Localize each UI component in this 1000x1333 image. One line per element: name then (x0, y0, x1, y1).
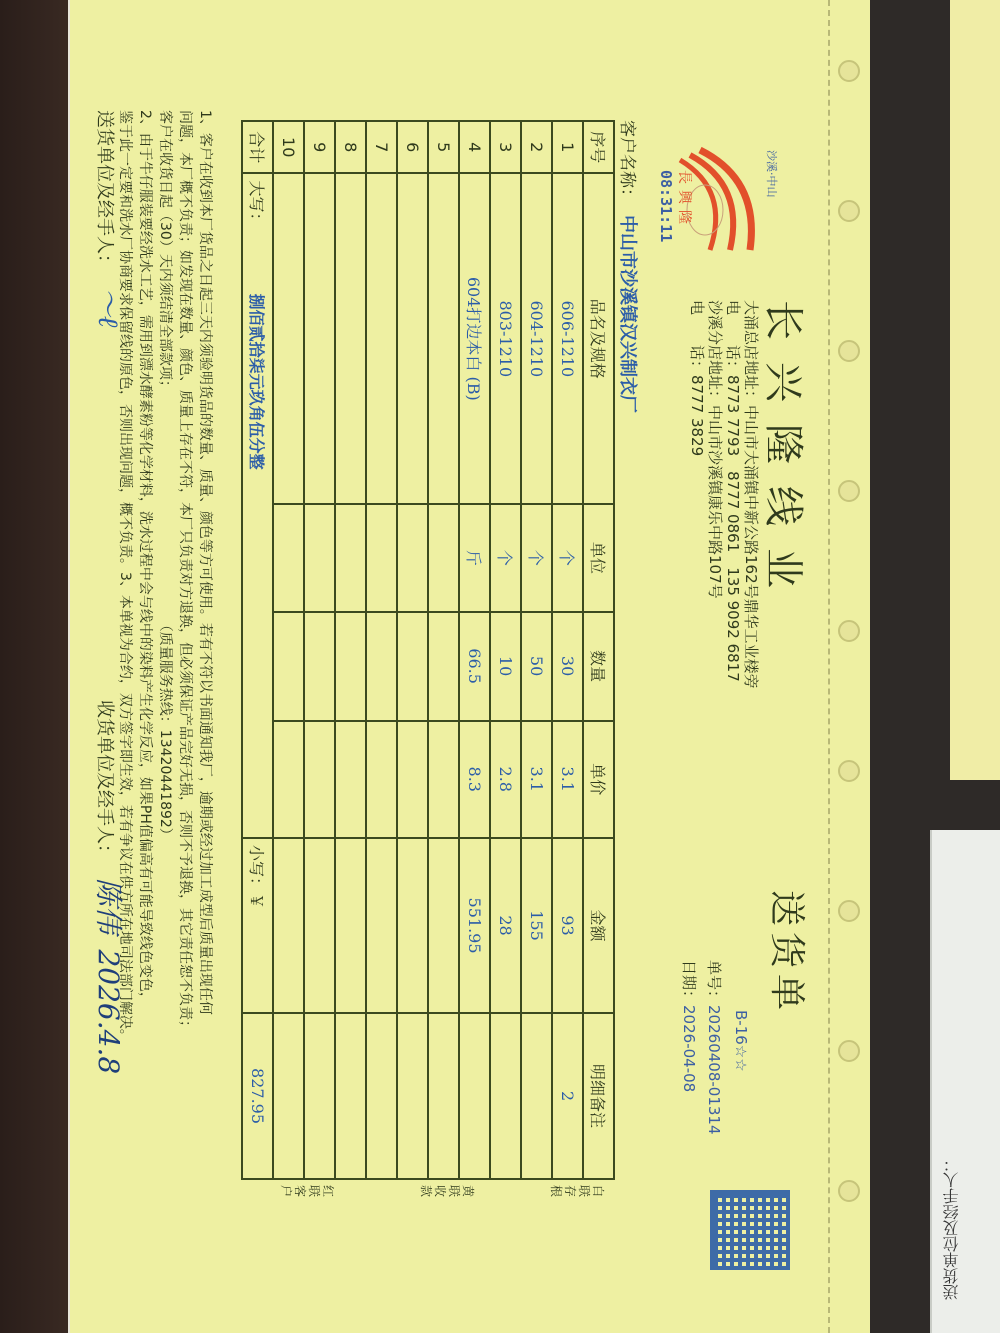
sender-signature: ～ℓ (92, 288, 125, 328)
header-name: 品名及规格 (583, 173, 614, 504)
row-price: 2.8 (490, 721, 521, 838)
company-title: 长兴隆线业 (758, 300, 815, 610)
row-amount: 28 (490, 838, 521, 1013)
row-no: 8 (335, 121, 366, 173)
table-row: 2 604-1210 个 50 3.1 155 (521, 121, 552, 1179)
total-upper-label: 大写： (247, 180, 266, 228)
header-price: 单价 (583, 721, 614, 838)
row-no: 7 (366, 121, 397, 173)
header-no: 序号 (583, 121, 614, 173)
feed-hole (838, 340, 860, 362)
row-qty: 50 (521, 612, 552, 721)
total-lower-label: 小写：￥ (247, 845, 266, 909)
stack-sender-label: 送货单位及经手人： (940, 880, 980, 1300)
copy-yellow: 黄联收款 (419, 1185, 475, 1199)
customer-field: 客户名称：中山市沙溪镇汉兴制衣厂 (616, 120, 642, 413)
table-row: 5 (428, 121, 459, 1179)
total-upper: 捌佰贰拾柒元玖角伍分整 (247, 294, 266, 470)
sender-label: 送货单位及经手人： (94, 110, 115, 272)
copy-white: 白联存根 (549, 1185, 605, 1199)
row-note (490, 1013, 521, 1179)
row-name: 803-1210 (490, 173, 521, 504)
sender-signature-field: 送货单位及经手人： ～ℓ (90, 110, 130, 327)
row-no: 5 (428, 121, 459, 173)
row-note (521, 1013, 552, 1179)
feed-hole (838, 1180, 860, 1202)
qr-code-icon (710, 1190, 790, 1270)
receiver-signature: 陈伟 (92, 878, 125, 934)
terms-line: 1、客户在收到本厂货品之日起三天内须验明货品的数量、质量、颜色等方可使用。若有不… (195, 110, 215, 1260)
row-qty: 66.5 (459, 612, 490, 721)
feed-hole (838, 760, 860, 782)
feed-hole (838, 900, 860, 922)
feed-hole (838, 1040, 860, 1062)
table-row: 9 (304, 121, 335, 1179)
total-label: 合计 (242, 121, 273, 173)
row-name: 604-1210 (521, 173, 552, 504)
customer-name: 中山市沙溪镇汉兴制衣厂 (617, 215, 638, 413)
order-number-label: 单号： (705, 960, 723, 1005)
feed-hole (838, 620, 860, 642)
header-note: 明细备注 (583, 1013, 614, 1179)
table-row: 4 604打边本白 (B) 斤 66.5 8.3 551.95 (459, 121, 490, 1179)
order-number: 20260408-01314 (705, 1005, 723, 1134)
copy-red: 红联客户 (279, 1185, 335, 1199)
row-name: 606-1210 (552, 173, 583, 504)
row-no: 2 (521, 121, 552, 173)
date-value: 2026-04-08 (680, 1005, 698, 1092)
row-no: 4 (459, 121, 490, 173)
row-unit: 斤 (459, 504, 490, 611)
adjacent-yellow-slip (950, 0, 1000, 780)
header-unit: 单位 (583, 504, 614, 611)
header-qty: 数量 (583, 612, 614, 721)
hq-address: 大涌总店地址：中山市大涌镇中新公路162号鼎华工业楼旁 (742, 300, 760, 689)
receiver-date: 2026.4.8 (92, 949, 125, 1074)
row-no: 9 (304, 121, 335, 173)
brand-name: 長興隆 (675, 170, 695, 230)
date-field: 日期：2026-04-08 (679, 960, 700, 1092)
terms-and-conditions: 1、客户在收到本厂货品之日起三天内须验明货品的数量、质量、颜色等方可使用。若有不… (115, 110, 215, 1260)
table-row: 10 (273, 121, 304, 1179)
items-table: 序号 品名及规格 单位 数量 单价 金额 明细备注 1 606-1210 个 3… (241, 120, 615, 1180)
row-amount: 93 (552, 838, 583, 1013)
row-qty: 30 (552, 612, 583, 721)
row-unit: 个 (521, 504, 552, 611)
row-amount: 551.95 (459, 838, 490, 1013)
row-amount: 155 (521, 838, 552, 1013)
order-number-field: 单号：20260408-01314 (704, 960, 725, 1135)
row-qty: 10 (490, 612, 521, 721)
document-code: B-16☆☆ (732, 1010, 750, 1072)
terms-line: 客户在收货日起（30）天内须结清全部款项； （质量服务热线：1342044189… (155, 110, 175, 1260)
hq-phone: 电 话：8773 7793 8777 0861 135 9092 6817 (724, 300, 742, 682)
branch-phone: 电 话：8777 3829 (688, 300, 706, 456)
feed-hole (838, 200, 860, 222)
row-unit: 个 (490, 504, 521, 611)
row-price: 3.1 (552, 721, 583, 838)
row-no: 3 (490, 121, 521, 173)
receiver-signature-field: 收货单位及经手人： 陈伟 2026.4.8 (90, 700, 130, 1074)
table-row: 1 606-1210 个 30 3.1 93 2 (552, 121, 583, 1179)
delivery-note: 沙溪·中山 長興隆 08:31:11 长兴隆线业 送货单 大涌总店地址：中山市大… (70, 0, 870, 1333)
receiver-label: 收货单位及经手人： (94, 700, 115, 862)
row-unit: 个 (552, 504, 583, 611)
row-price: 8.3 (459, 721, 490, 838)
tractor-feed-strip (828, 0, 870, 1333)
branch-address: 沙溪分店地址：中山市沙溪镇康乐中路107号 (706, 300, 724, 599)
terms-line: 问题，本厂概不负责；如发现在数量、颜色、质量上存在不符，本厂只负责对方退换，但必… (175, 110, 195, 1260)
table-row: 8 (335, 121, 366, 1179)
table-row: 3 803-1210 个 10 2.8 28 (490, 121, 521, 1179)
row-note: 2 (552, 1013, 583, 1179)
row-no: 1 (552, 121, 583, 173)
total-row: 合计 大写： 捌佰贰拾柒元玖角伍分整 小写：￥ 827.95 (242, 121, 273, 1179)
table-row: 7 (366, 121, 397, 1179)
feed-hole (838, 60, 860, 82)
terms-line: 2、由于牛仔服装要经洗水工艺，需用到漂水酵素粉等化学材料，洗水过程中会与线中的染… (135, 110, 155, 1260)
document-type-title: 送货单 (764, 890, 815, 1016)
row-no: 10 (273, 121, 304, 173)
total-lower: 827.95 (242, 1013, 273, 1179)
date-label: 日期： (680, 960, 698, 1005)
feed-hole (838, 480, 860, 502)
row-price: 3.1 (521, 721, 552, 838)
table-row: 6 (397, 121, 428, 1179)
row-note (459, 1013, 490, 1179)
row-no: 6 (397, 121, 428, 173)
row-name: 604打边本白 (B) (459, 173, 490, 504)
header-amount: 金额 (583, 838, 614, 1013)
table-header-row: 序号 品名及规格 单位 数量 单价 金额 明细备注 (583, 121, 614, 1179)
customer-label: 客户名称： (617, 120, 637, 205)
print-time: 08:31:11 (657, 170, 675, 242)
